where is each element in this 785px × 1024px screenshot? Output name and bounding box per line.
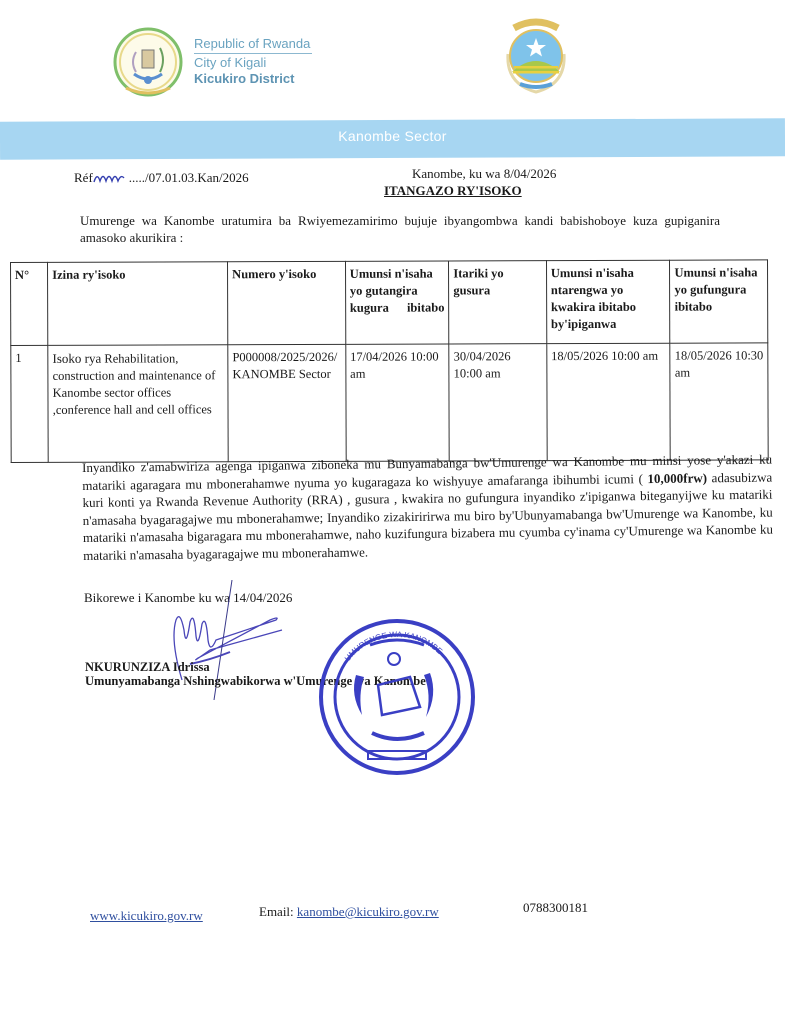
kicukiro-district-emblem-icon bbox=[500, 14, 572, 96]
cell-site-visit: 30/04/2026 10:00 am bbox=[449, 344, 547, 461]
header-sale-start: Umunsi n'isaha yo gutangira kugura ibita… bbox=[345, 261, 449, 344]
header-site-visit: Itariki yo gusura bbox=[449, 261, 547, 344]
rwanda-coat-of-arms-icon bbox=[112, 24, 184, 100]
header-tender-name: Izina ry'isoko bbox=[48, 262, 228, 346]
tender-number: P000008/2025/2026/KANOMBE Sector bbox=[232, 350, 337, 381]
fee-amount: 10,000frw) bbox=[643, 470, 707, 486]
header-opening: Umunsi n'isaha yo gufungura ibitabo bbox=[670, 260, 768, 343]
ref-prefix: Réf bbox=[74, 170, 93, 185]
city-name: City of Kigali bbox=[194, 55, 312, 71]
cell-sale-start: 17/04/2026 10:00 am bbox=[346, 344, 450, 461]
tender-table: N° Izina ry'isoko Numero y'isoko Umunsi … bbox=[10, 259, 769, 463]
cell-tender-name: Isoko rya Rehabilitation, construction a… bbox=[48, 345, 228, 463]
table-row: 1 Isoko rya Rehabilitation, construction… bbox=[11, 343, 768, 463]
email-label: Email: bbox=[259, 904, 297, 919]
header-tender-number: Numero y'isoko bbox=[228, 261, 346, 344]
tender-name-prefix: Isoko rya bbox=[52, 351, 101, 366]
country-name: Republic of Rwanda bbox=[194, 36, 312, 54]
district-name: Kicukiro District bbox=[194, 71, 312, 87]
table-header-row: N° Izina ry'isoko Numero y'isoko Umunsi … bbox=[11, 260, 768, 346]
ref-number: ...../07.01.03.Kan/2026 bbox=[129, 170, 249, 185]
footer-email: Email: kanombe@kicukiro.gov.rw bbox=[259, 904, 439, 920]
website-link[interactable]: www.kicukiro.gov.rw bbox=[90, 908, 203, 923]
footer-website: www.kicukiro.gov.rw bbox=[90, 908, 203, 924]
reference-number: Réf...../07.01.03.Kan/2026 bbox=[74, 170, 249, 186]
cell-no: 1 bbox=[11, 345, 49, 462]
header-no: N° bbox=[11, 262, 48, 345]
cell-tender-number: P000008/2025/2026/KANOMBE Sector bbox=[228, 344, 346, 461]
handwritten-ref-icon bbox=[93, 170, 129, 184]
cell-submission-deadline: 18/05/2026 10:00 am bbox=[547, 343, 671, 460]
document-date: Kanombe, ku wa 8/04/2026 bbox=[412, 166, 556, 182]
official-stamp-icon: UMURENGE WA KANOMBE bbox=[312, 615, 482, 780]
sector-banner-text: Kanombe Sector bbox=[0, 128, 785, 144]
body-paragraph: Inyandiko z'amabwiriza agenga ipiganwa z… bbox=[82, 451, 773, 565]
header-submission-deadline: Umunsi n'isaha ntarengwa yo kwakira ibit… bbox=[546, 260, 670, 343]
footer-phone: 0788300181 bbox=[523, 900, 588, 916]
email-link[interactable]: kanombe@kicukiro.gov.rw bbox=[297, 904, 439, 919]
document-title: ITANGAZO RY'ISOKO bbox=[384, 183, 522, 199]
svg-text:UMURENGE WA KANOMBE: UMURENGE WA KANOMBE bbox=[343, 630, 444, 663]
header-text: Republic of Rwanda City of Kigali Kicuki… bbox=[194, 36, 312, 87]
cell-opening: 18/05/2026 10:30 am bbox=[670, 343, 768, 460]
stamp-text: UMURENGE WA KANOMBE bbox=[343, 630, 444, 663]
intro-paragraph: Umurenge wa Kanombe uratumira ba Rwiyeme… bbox=[80, 212, 720, 246]
